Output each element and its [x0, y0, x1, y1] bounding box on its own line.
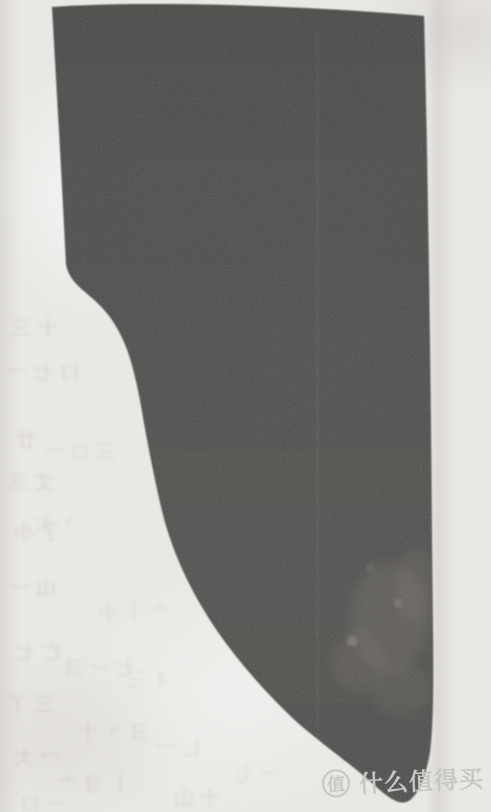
ghost-glyph: 亠丨小 [92, 596, 170, 625]
smzdm-logo-char: 值 [326, 770, 345, 797]
ghost-glyph: 丨彐亠 [52, 768, 130, 797]
smzdm-watermark: 值 什么值得买 [321, 759, 484, 801]
ghost-glyph: 彐丶十 [72, 716, 150, 745]
ghost-glyph: 廿 [10, 424, 36, 453]
ghost-glyph: 丬三 [120, 664, 172, 693]
ghost-glyph: 乚一 [150, 732, 202, 761]
smzdm-logo-icon: 值 [321, 768, 350, 797]
ghost-glyph: 丈三 [2, 466, 54, 495]
ghost-glyph: 三口一 [38, 436, 116, 465]
ghost-glyph: 一七 [228, 758, 280, 787]
paper-grain-overlay [0, 0, 491, 812]
ghost-glyph: 亡七 [10, 636, 62, 665]
ghost-glyph: 十山 [168, 782, 220, 811]
ghost-glyph: 山一 [4, 572, 56, 601]
scanned-page: 十三 口七一 廿 丈三 了小 山一 亡七 三丫 冖大 一口 亠丨小 七一彐 丬三… [0, 0, 491, 812]
ghost-glyph: 十三 [6, 312, 58, 341]
scanned-photo [0, 0, 491, 812]
ghost-glyph: 口七一 [2, 356, 80, 385]
ghost-glyph: 冖大 [8, 742, 60, 771]
ghost-glyph: 三丫 [2, 688, 54, 717]
ghost-glyph: 丶七 [28, 506, 80, 535]
watermark-text: 什么值得买 [358, 759, 484, 799]
